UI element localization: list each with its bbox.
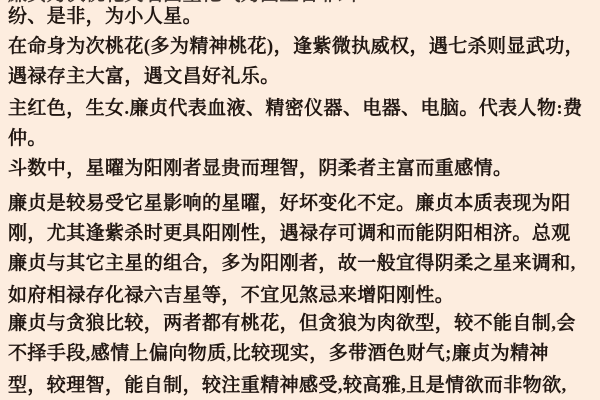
text-line: 在命身为次桃花(多为精神桃花)，逢紫微执威权，遇七杀则显武功，	[8, 36, 598, 58]
document-page: 廉贞为次桃花又名囚星化气为囚主官非纠 纷、是非，为小人星。 在命身为次桃花(多为…	[0, 0, 600, 400]
text-line: 如府相禄存化禄六吉星等，不宜见煞忌来增阳刚性。	[8, 285, 598, 307]
text-line: 仲。	[8, 128, 598, 150]
text-line: 斗数中，星曜为阳刚者显贵而理智，阴柔者主富而重感情。	[8, 158, 598, 180]
text-line: 主红色，生女.廉贞代表血液、精密仪器、电器、电脑。代表人物:费	[8, 98, 598, 120]
text-line: 廉贞与其它主星的组合，多为阳刚者，故一般宜得阴柔之星来调和,	[8, 253, 598, 275]
text-line: 刚，尤其逢紫杀时更具阳刚性，遇禄存可调和而能阴阳相济。总观	[8, 223, 598, 245]
text-line: 不择手段,感情上偏向物质,比较现实，多带酒色财气;廉贞为精神	[8, 343, 598, 365]
text-line: 纷、是非，为小人星。	[8, 6, 598, 28]
text-line: 廉贞是较易受它星影响的星曜，好坏变化不定。廉贞本质表现为阳	[8, 193, 598, 215]
text-line: 廉贞与贪狼比较，两者都有桃花，但贪狼为肉欲型，较不能自制,会	[8, 313, 598, 335]
clipped-text-line-bottom: 型，较理智，能自制，较注重精神感受,较高雅,且是情欲而非物欲,	[8, 375, 598, 397]
text-line: 遇禄存主大富，遇文昌好礼乐。	[8, 66, 598, 88]
